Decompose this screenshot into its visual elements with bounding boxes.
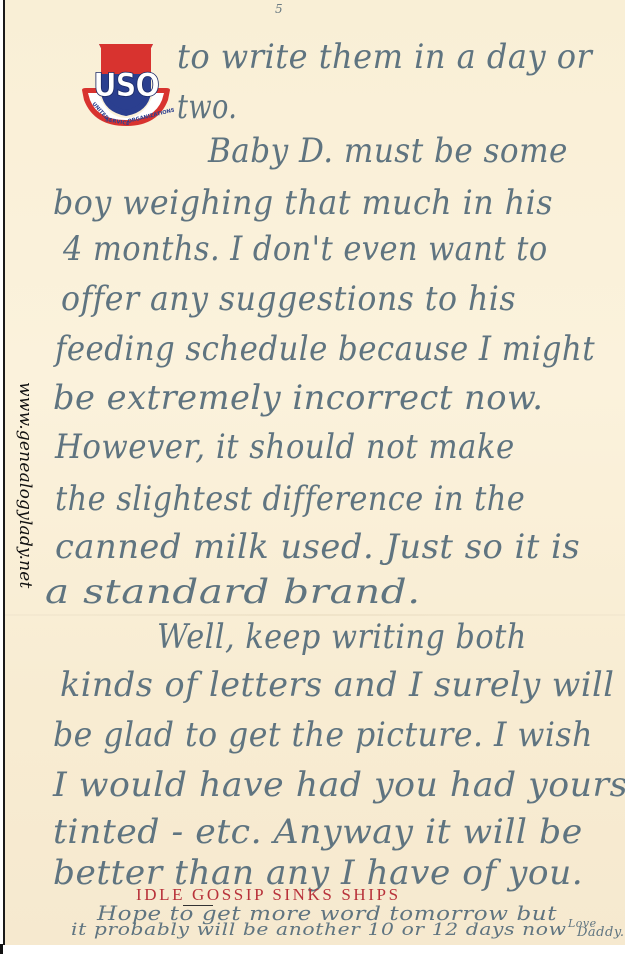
- letter-line-4: boy weighing that much in his: [53, 186, 553, 220]
- letter-line-7: feeding schedule because I might: [55, 332, 595, 366]
- letter-line-8: be extremely incorrect now.: [53, 381, 543, 415]
- letter-line-2: two.: [177, 90, 237, 124]
- letter-line-17: tinted - etc. Anyway it will be: [53, 815, 583, 849]
- letter-line-16: I would have had you had yours: [53, 768, 625, 802]
- page-number: 5: [275, 2, 283, 16]
- letter-line-13: Well, keep writing both: [157, 620, 527, 654]
- letter-line-6: offer any suggestions to his: [61, 282, 516, 316]
- letter-line-15: be glad to get the picture. I wish: [53, 718, 593, 752]
- svg-text:USO: USO: [93, 66, 159, 104]
- uso-logo: USO UNITED SERVICE ORGANIZATIONS: [78, 38, 174, 128]
- signature: Daddy.: [577, 926, 625, 939]
- letter-page: 5 USO UNITED SERVICE ORGANIZATIONS to wr…: [3, 0, 625, 945]
- letter-line-11: canned milk used. Just so it is: [55, 530, 580, 564]
- watermark: www.genealogylady.net: [13, 382, 35, 582]
- letter-line-14: kinds of letters and I surely will: [60, 668, 614, 702]
- letter-line-5: 4 months. I don't even want to: [63, 232, 548, 266]
- uso-shield-icon: USO UNITED SERVICE ORGANIZATIONS: [78, 38, 174, 128]
- letter-line-9: However, it should not make: [55, 430, 515, 464]
- scan-bottom-margin: [0, 945, 625, 959]
- letter-line-1: to write them in a day or: [177, 40, 592, 74]
- letter-line-3: Baby D. must be some: [208, 134, 568, 168]
- letter-line-12: a standard brand.: [45, 575, 421, 609]
- watermark-text: www.genealogylady.net: [15, 382, 35, 589]
- letter-line-10: the slightest difference in the: [55, 482, 525, 516]
- postscript-line-2: it probably will be another 10 or 12 day…: [71, 922, 567, 939]
- scan-corner-mark: [0, 944, 3, 954]
